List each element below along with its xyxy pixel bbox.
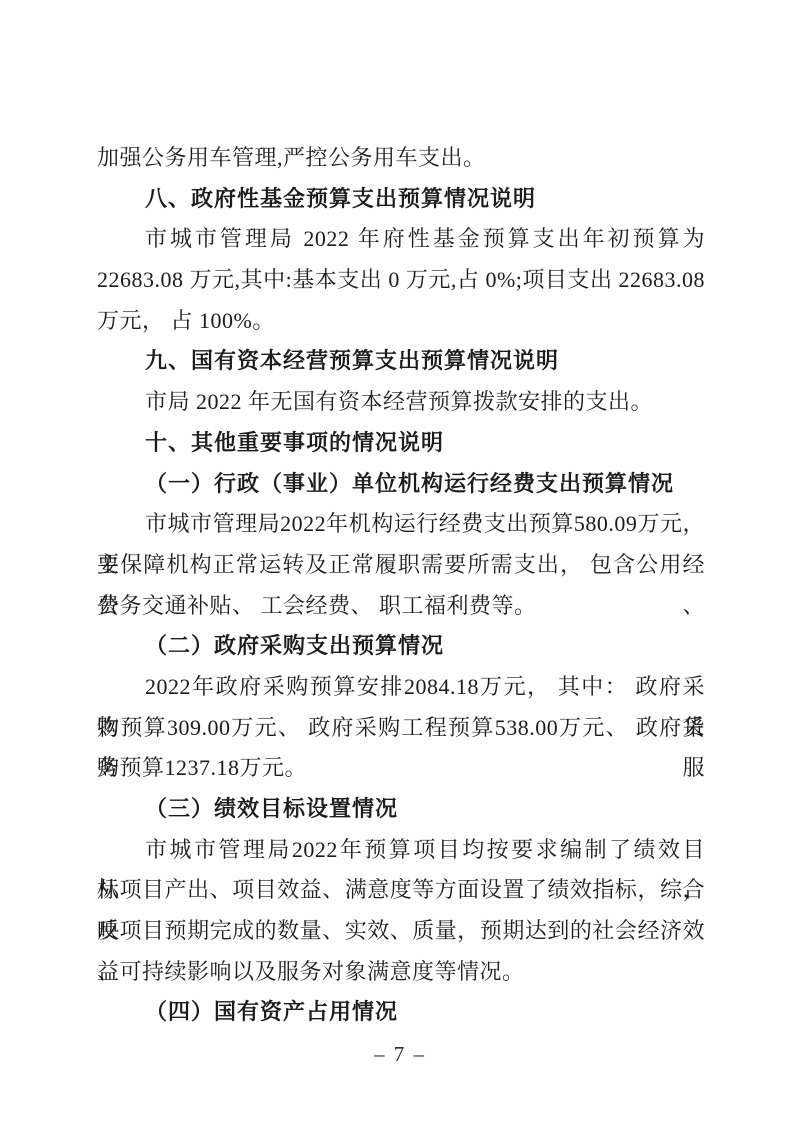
section-heading: （一）行政（事业）单位机构运行经费支出预算情况 [97, 464, 705, 505]
text-line: 市局 2022 年无国有资本经营预算拨款安排的支出。 [97, 382, 705, 423]
section-heading: 八、政府性基金预算支出预算情况说明 [97, 179, 705, 220]
text-line: 市城市管理局2022年机构运行经费支出预算580.09万元， 主 [97, 504, 705, 545]
text-line: 2022年政府采购预算安排2084.18万元， 其中： 政府采购货 [97, 667, 705, 708]
text-line: 从项目产出、项目效益、满意度等方面设置了绩效指标，综合反 [97, 870, 705, 911]
page-number: – 7 – [0, 1042, 800, 1067]
text-line: 22683.08 万元,其中:基本支出 0 万元,占 0%;项目支出 22683… [97, 260, 705, 301]
text-line: 万元， 占 100%。 [97, 301, 705, 342]
text-line: 市城市管理局2022年预算项目均按要求编制了绩效目标， [97, 830, 705, 871]
section-heading: 九、国有资本经营预算支出预算情况说明 [97, 341, 705, 382]
text-line: 要保障机构正常运转及正常履职需要所需支出， 包含公用经费、 [97, 545, 705, 586]
section-heading: 十、其他重要事项的情况说明 [97, 423, 705, 464]
text-line: 、可持续影响以及服务对象满意度等情况。 [97, 952, 705, 993]
text-line: 映项目预期完成的数量、实效、质量，预期达到的社会经济效益 [97, 911, 705, 952]
text-line: 加强公务用车管理,严控公务用车支出。 [97, 138, 705, 179]
text-line: 物预算309.00万元、 政府采购工程预算538.00万元、 政府采购服 [97, 708, 705, 749]
text-line: 市城市管理局 2022 年府性基金预算支出年初预算为 [97, 219, 705, 260]
document-body: 加强公务用车管理,严控公务用车支出。 八、政府性基金预算支出预算情况说明 市城市… [97, 138, 705, 1033]
section-heading: （四）国有资产占用情况 [97, 992, 705, 1033]
document-page: 加强公务用车管理,严控公务用车支出。 八、政府性基金预算支出预算情况说明 市城市… [0, 0, 800, 1131]
section-heading: （三）绩效目标设置情况 [97, 789, 705, 830]
section-heading: （二）政府采购支出预算情况 [97, 626, 705, 667]
